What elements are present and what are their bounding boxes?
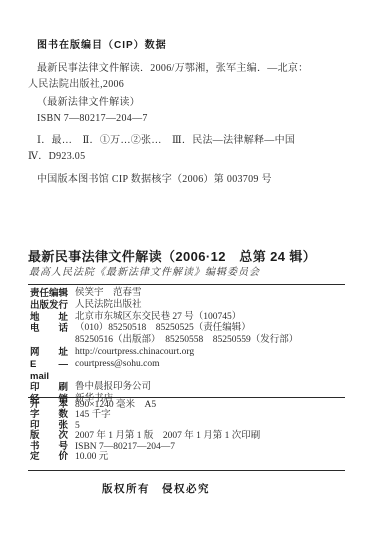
copyright-page: 图书在版编目（CIP）数据 最新民事法律文件解读．2006/万鄂湘，张军主编．—… [0, 0, 369, 539]
cip-block: 图书在版编目（CIP）数据 最新民事法律文件解读．2006/万鄂湘，张军主编．—… [28, 38, 349, 188]
cip-isbn-line: ISBN 7—80217—204—7 [28, 111, 349, 127]
cip-record-line-1: 最新民事法律文件解读．2006/万鄂湘，张军主编．—北京： [28, 61, 349, 77]
divider-top [28, 284, 345, 285]
row-value: 鲁中晨报印务公司 [75, 382, 349, 394]
cip-classification-line-2: Ⅳ．D923.05 [28, 149, 349, 165]
table-row: E — mail courtpress@sohu.com [30, 359, 349, 383]
row-label: 印刷 [30, 382, 68, 394]
row-label: 电话 [30, 323, 68, 335]
row-value: 2007 年 1 月第 1 版 2007 年 1 月第 1 次印刷 [75, 431, 349, 441]
cip-catalog-number: 中国版本图书馆 CIP 数据核字（2006）第 003709 号 [28, 172, 349, 188]
row-value: 145 千字 [75, 410, 349, 420]
row-value: ISBN 7—80217—204—7 [75, 442, 349, 452]
table-row: 出版发行 人民法院出版社 [30, 300, 349, 312]
phone-continuation: 85250516（出版部） 85250558 85250559（发行部） [75, 335, 349, 347]
row-label: 出版发行 [30, 300, 68, 312]
row-value: 10.00 元 [75, 452, 349, 462]
row-label: 地址 [30, 312, 68, 324]
row-label: 责任编辑 [30, 288, 68, 300]
publication-info: 责任编辑 侯笑宇 范春雪 出版发行 人民法院出版社 地址 北京市东城区东交民巷 … [30, 288, 349, 406]
table-row: 印刷 鲁中晨报印务公司 [30, 382, 349, 394]
table-row: 网址 http://courtpress.chinacourt.org [30, 347, 349, 359]
row-value: 人民法院出版社 [75, 300, 349, 312]
printing-info: 开本 890×1240 毫米 A5 字数 145 千字 印张 5 版次 2007… [30, 400, 349, 462]
table-row: 版次 2007 年 1 月第 1 版 2007 年 1 月第 1 次印刷 [30, 431, 349, 441]
cip-classification-line-1: Ⅰ．最… Ⅱ．①万…②张… Ⅲ．民法—法律解释—中国 [28, 133, 349, 149]
row-value: 890×1240 毫米 A5 [75, 400, 349, 410]
table-row: 定价 10.00 元 [30, 452, 349, 462]
table-row: 电话 （010）85250518 85250525（责任编辑） [30, 323, 349, 335]
cip-heading: 图书在版编目（CIP）数据 [37, 38, 349, 54]
row-value: courtpress@sohu.com [75, 359, 349, 383]
row-value: 5 [75, 421, 349, 431]
copyright-notice: 版权所有 侵权必究 [102, 481, 210, 496]
table-row: 印张 5 [30, 421, 349, 431]
row-value: （010）85250518 85250525（责任编辑） [75, 323, 349, 335]
cip-series-note: （最新法律文件解读） [28, 95, 349, 111]
row-value: http://courtpress.chinacourt.org [75, 347, 349, 359]
row-label: 定价 [30, 452, 68, 462]
book-title: 最新民事法律文件解读（2006·12 总第 24 辑） [28, 249, 349, 264]
table-row: 书号 ISBN 7—80217—204—7 [30, 442, 349, 452]
row-label: 网址 [30, 347, 68, 359]
cip-record-line-2: 人民法院出版社,2006 [28, 77, 349, 93]
book-subtitle: 最高人民法院《最新法律文件解读》编辑委员会 [29, 267, 349, 279]
row-label: E — mail [30, 359, 68, 383]
divider-bottom [28, 470, 345, 471]
divider-middle [28, 397, 345, 398]
table-row: 地址 北京市东城区东交民巷 27 号（100745） [30, 312, 349, 324]
title-block: 最新民事法律文件解读（2006·12 总第 24 辑） 最高人民法院《最新法律文… [28, 249, 349, 279]
table-row: 责任编辑 侯笑宇 范春雪 [30, 288, 349, 300]
table-row: 开本 890×1240 毫米 A5 [30, 400, 349, 410]
table-row: 字数 145 千字 [30, 410, 349, 420]
row-value: 侯笑宇 范春雪 [75, 288, 349, 300]
row-value: 北京市东城区东交民巷 27 号（100745） [75, 312, 349, 324]
